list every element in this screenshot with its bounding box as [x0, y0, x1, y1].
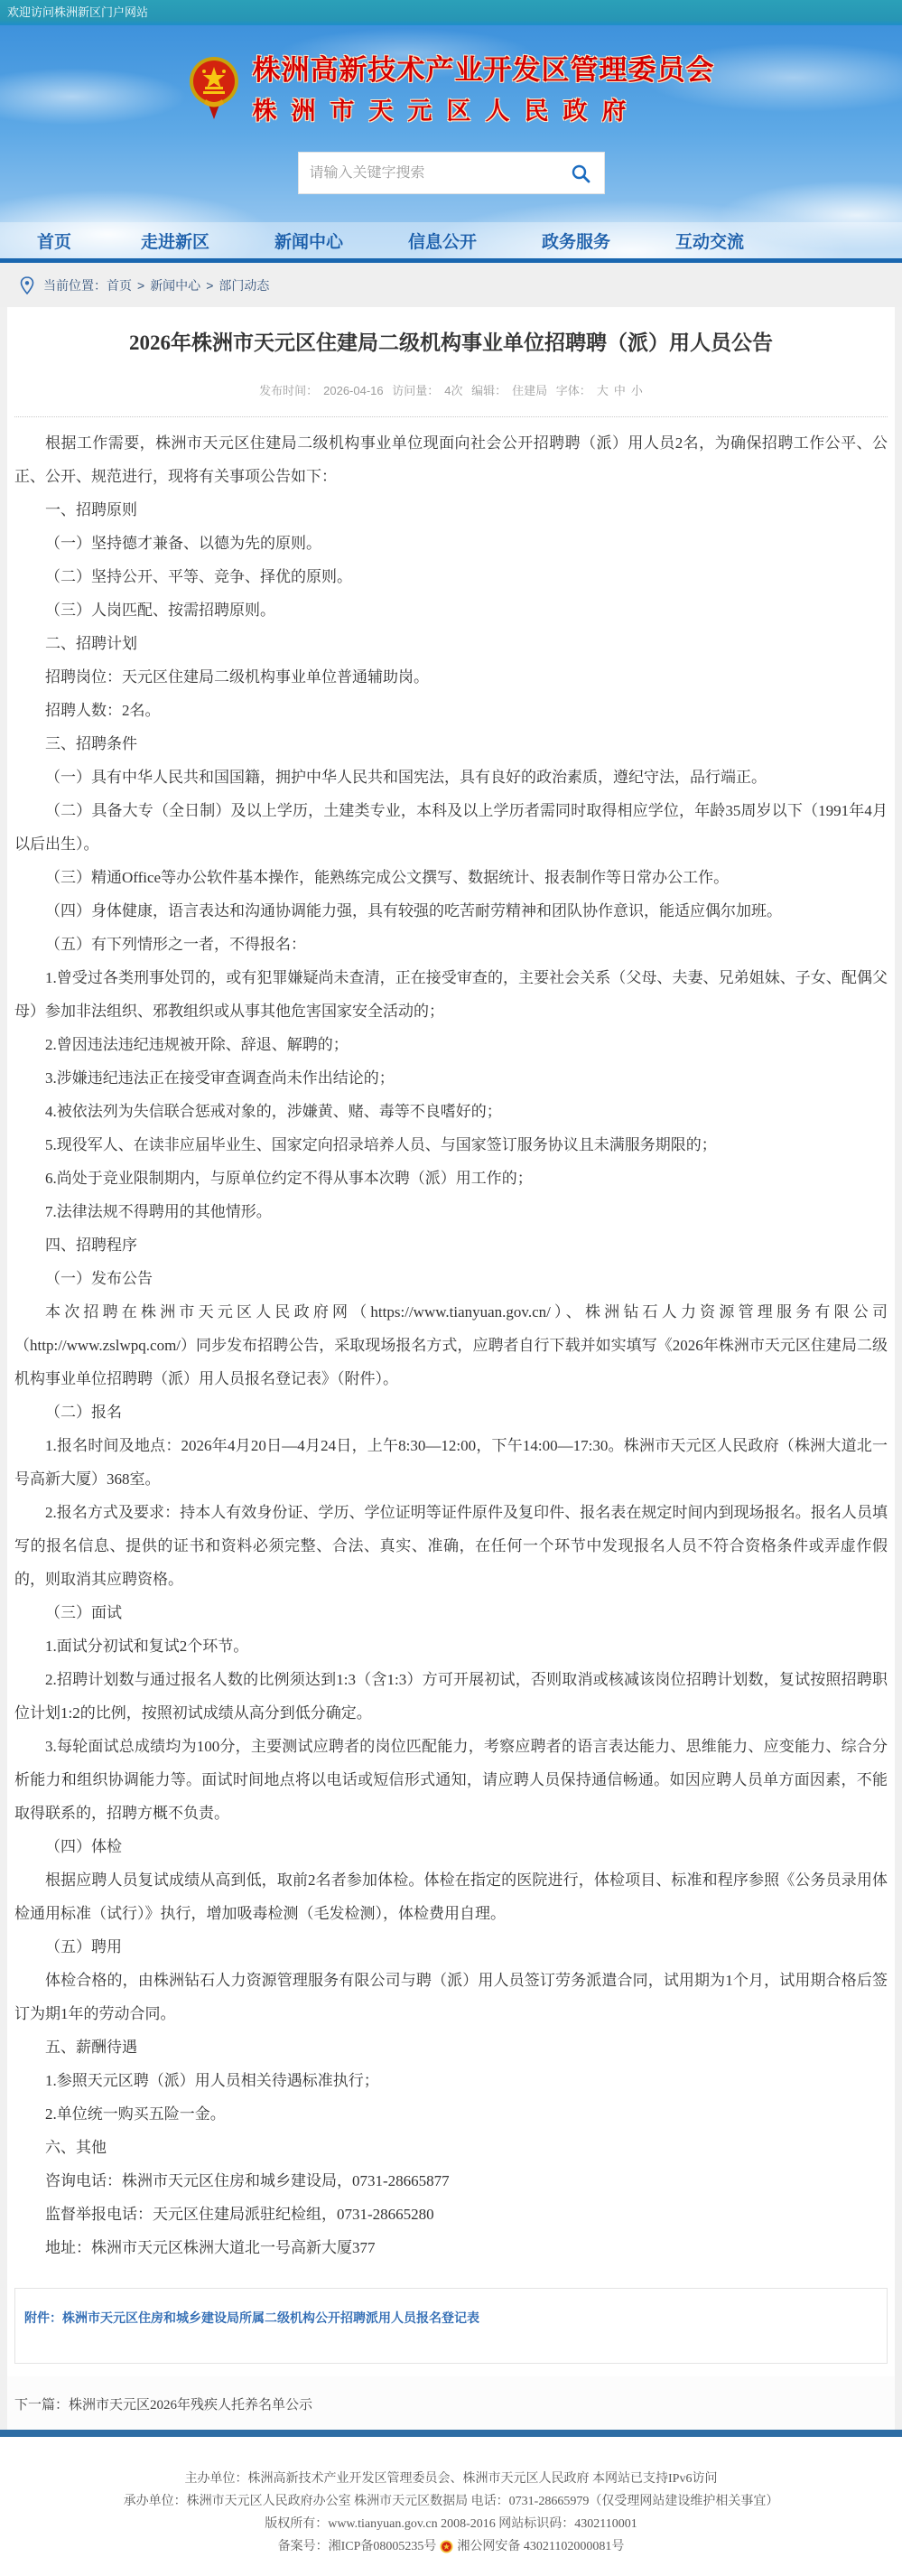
site-brand: 株洲高新技术产业开发区管理委员会 株洲市天元区人民政府 [0, 47, 902, 126]
article-paragraph: （二）报名 [14, 1395, 888, 1429]
article-paragraph: （三）精通Office等办公软件基本操作，能熟练完成公文撰写、数据统计、报表制作… [14, 861, 888, 894]
breadcrumb-separator: > [137, 278, 144, 293]
article-paragraph: 监督举报电话：天元区住建局派驻纪检组，0731-28665280 [14, 2198, 888, 2231]
article-paragraph: 7.法律法规不得聘用的其他情形。 [14, 1195, 888, 1228]
national-emblem-icon [188, 54, 240, 119]
article-paragraph: （三）人岗匹配、按需招聘原则。 [14, 593, 888, 627]
article-meta: 发布时间：2026-04-16 访问量：4次 编辑：住建局 字体：大中小 [14, 381, 888, 398]
nav-item-about-district[interactable]: 走进新区 [108, 229, 242, 253]
search-box [298, 152, 605, 194]
font-size-medium-button[interactable]: 中 [614, 384, 626, 397]
article-paragraph: 2.报名方式及要求：持本人有效身份证、学历、学位证明等证件原件及复印件、报名表在… [14, 1496, 888, 1596]
topbar: 欢迎访问株洲新区门户网站 [0, 0, 902, 25]
visits-label: 访问量： [392, 384, 439, 397]
article-paragraph: 1.曾受过各类刑事处罚的，或有犯罪嫌疑尚未查清，正在接受审查的，主要社会关系（父… [14, 961, 888, 1028]
main-nav: 首页 走进新区 新闻中心 信息公开 政务服务 互动交流 [0, 222, 902, 263]
footer-operated-by: 承办单位：株洲市天元区人民政府办公室 株洲市天元区数据局 电话：0731-286… [0, 2490, 902, 2513]
article-paragraph: （二）坚持公开、平等、竞争、择优的原则。 [14, 560, 888, 593]
article-paragraph: 2.曾因违法违纪违规被开除、辞退、解聘的； [14, 1028, 888, 1061]
icp-number: 备案号：湘ICP备08005235号 [278, 2535, 437, 2558]
article-paragraph: 根据工作需要，株洲市天元区住建局二级机构事业单位现面向社会公开招聘聘（派）用人员… [14, 426, 888, 493]
article-paragraph: （三）面试 [14, 1596, 888, 1629]
attachment-link[interactable]: 附件：株洲市天元区住房和城乡建设局所属二级机构公开招聘派用人员报名登记表 [24, 2310, 479, 2325]
nav-item-home[interactable]: 首页 [0, 229, 108, 253]
editor-label: 编辑： [471, 384, 507, 397]
footer-hosted-by: 主办单位：株洲高新技术产业开发区管理委员会、株洲市天元区人民政府 本网站已支持I… [0, 2468, 902, 2490]
article-paragraph: 4.被依法列为失信联合惩戒对象的，涉嫌黄、赌、毒等不良嗜好的； [14, 1095, 888, 1128]
article-paragraph: 5.现役军人、在读非应届毕业生、国家定向招录培养人员、与国家签订服务协议且未满服… [14, 1128, 888, 1162]
prev-next-bar: 下一篇：株洲市天元区2026年残疾人托养名单公示 [7, 2376, 895, 2430]
search-icon [570, 163, 591, 184]
article-paragraph: 招聘岗位：天元区住建局二级机构事业单位普通辅助岗。 [14, 660, 888, 694]
breadcrumb-home[interactable]: 首页 [107, 276, 132, 294]
article-paragraph: 2.招聘计划数与通过报名人数的比例须达到1:3（含1:3）方可开展初试，否则取消… [14, 1663, 888, 1730]
article-paragraph: 四、招聘程序 [14, 1228, 888, 1262]
article-body: 根据工作需要，株洲市天元区住建局二级机构事业单位现面向社会公开招聘聘（派）用人员… [14, 426, 888, 2264]
article-paragraph: 三、招聘条件 [14, 727, 888, 761]
org-name-line1: 株洲高新技术产业开发区管理委员会 [253, 47, 715, 88]
font-size-label: 字体： [556, 384, 591, 397]
police-badge-icon [440, 2540, 453, 2553]
nav-item-interaction[interactable]: 互动交流 [643, 229, 776, 253]
footer-divider [0, 2430, 902, 2437]
nav-item-info-disclosure[interactable]: 信息公开 [376, 229, 509, 253]
site-footer: 主办单位：株洲高新技术产业开发区管理委员会、株洲市天元区人民政府 本网站已支持I… [0, 2437, 902, 2576]
search-area [0, 152, 902, 194]
font-size-large-button[interactable]: 大 [597, 384, 609, 397]
next-article-link[interactable]: 下一篇：株洲市天元区2026年残疾人托养名单公示 [14, 2398, 312, 2413]
nav-item-gov-services[interactable]: 政务服务 [509, 229, 643, 253]
meta-divider [14, 416, 888, 417]
publish-time-value: 2026-04-16 [323, 384, 384, 397]
font-size-small-button[interactable]: 小 [631, 384, 643, 397]
search-button[interactable] [568, 161, 593, 186]
article-paragraph: （五）聘用 [14, 1930, 888, 1964]
article-paragraph: 1.报名时间及地点：2026年4月20日—4月24日，上午8:30—12:00，… [14, 1429, 888, 1496]
breadcrumb-dept-news[interactable]: 部门动态 [219, 276, 269, 294]
site-header: 株洲高新技术产业开发区管理委员会 株洲市天元区人民政府 首页 走进新区 新闻中心… [0, 25, 902, 263]
article-paragraph: （一）具有中华人民共和国国籍，拥护中华人民共和国宪法，具有良好的政治素质，遵纪守… [14, 761, 888, 794]
article-paragraph: （四）体检 [14, 1830, 888, 1863]
article-paragraph: （一）发布公告 [14, 1262, 888, 1295]
article-paragraph: 1.面试分初试和复试2个环节。 [14, 1629, 888, 1663]
attachment-box: 附件：株洲市天元区住房和城乡建设局所属二级机构公开招聘派用人员报名登记表 [14, 2288, 888, 2364]
welcome-text: 欢迎访问株洲新区门户网站 [7, 5, 148, 19]
article-paragraph: 招聘人数：2名。 [14, 694, 888, 727]
article-paragraph: 一、招聘原则 [14, 493, 888, 527]
org-name-line2: 株洲市天元区人民政府 [253, 91, 715, 126]
search-input[interactable] [310, 165, 568, 182]
nav-item-news-center[interactable]: 新闻中心 [242, 229, 376, 253]
footer-copyright: 版权所有：www.tianyuan.gov.cn 2008-2016 网站标识码… [0, 2513, 902, 2535]
page-title: 2026年株洲市天元区住建局二级机构事业单位招聘聘（派）用人员公告 [14, 329, 888, 358]
article-paragraph: （一）坚持德才兼备、以德为先的原则。 [14, 527, 888, 560]
article-paragraph: 二、招聘计划 [14, 627, 888, 660]
article-paragraph: 本次招聘在株洲市天元区人民政府网（https://www.tianyuan.go… [14, 1295, 888, 1395]
article-paragraph: （五）有下列情形之一者，不得报名： [14, 928, 888, 961]
breadcrumb-news-center[interactable]: 新闻中心 [150, 276, 200, 294]
publish-time-label: 发布时间： [259, 384, 318, 397]
breadcrumb-separator: > [206, 278, 213, 293]
article-paragraph: 6.尚处于竞业限制期内，与原单位约定不得从事本次聘（派）用工作的； [14, 1162, 888, 1195]
location-pin-icon [20, 276, 34, 294]
article-paragraph: 3.涉嫌违纪违法正在接受审查调查尚未作出结论的； [14, 1061, 888, 1095]
article-paragraph: （四）身体健康，语言表达和沟通协调能力强，具有较强的吃苦耐劳精神和团队协作意识，… [14, 894, 888, 928]
article-paragraph: 六、其他 [14, 2131, 888, 2164]
breadcrumb-label: 当前位置： [43, 276, 107, 294]
police-registration-number: 湘公网安备 43021102000081号 [457, 2535, 624, 2558]
article-paragraph: 3.每轮面试总成绩均为100分，主要测试应聘者的岗位匹配能力，考察应聘者的语言表… [14, 1730, 888, 1830]
footer-registration: 备案号：湘ICP备08005235号 湘公网安备 43021102000081号 [278, 2535, 625, 2558]
article-paragraph: 根据应聘人员复试成绩从高到低，取前2名者参加体检。体检在指定的医院进行，体检项目… [14, 1863, 888, 1930]
article-paragraph: 五、薪酬待遇 [14, 2030, 888, 2064]
article-paragraph: 体检合格的，由株洲钻石人力资源管理服务有限公司与聘（派）用人员签订劳务派遣合同，… [14, 1964, 888, 2030]
article-paragraph: （二）具备大专（全日制）及以上学历，土建类专业，本科及以上学历者需同时取得相应学… [14, 794, 888, 861]
article-paragraph: 2.单位统一购买五险一金。 [14, 2097, 888, 2131]
article-paragraph: 咨询电话：株洲市天元区住房和城乡建设局，0731-28665877 [14, 2164, 888, 2198]
editor-value: 住建局 [512, 384, 547, 397]
brand-text: 株洲高新技术产业开发区管理委员会 株洲市天元区人民政府 [253, 47, 715, 126]
article-card: 2026年株洲市天元区住建局二级机构事业单位招聘聘（派）用人员公告 发布时间：2… [7, 307, 895, 2376]
visits-value: 4次 [444, 384, 462, 397]
article-paragraph: 1.参照天元区聘（派）用人员相关待遇标准执行； [14, 2064, 888, 2097]
breadcrumb: 当前位置： 首页 > 新闻中心 > 部门动态 [0, 263, 902, 307]
article-paragraph: 地址：株洲市天元区株洲大道北一号高新大厦377 [14, 2231, 888, 2264]
